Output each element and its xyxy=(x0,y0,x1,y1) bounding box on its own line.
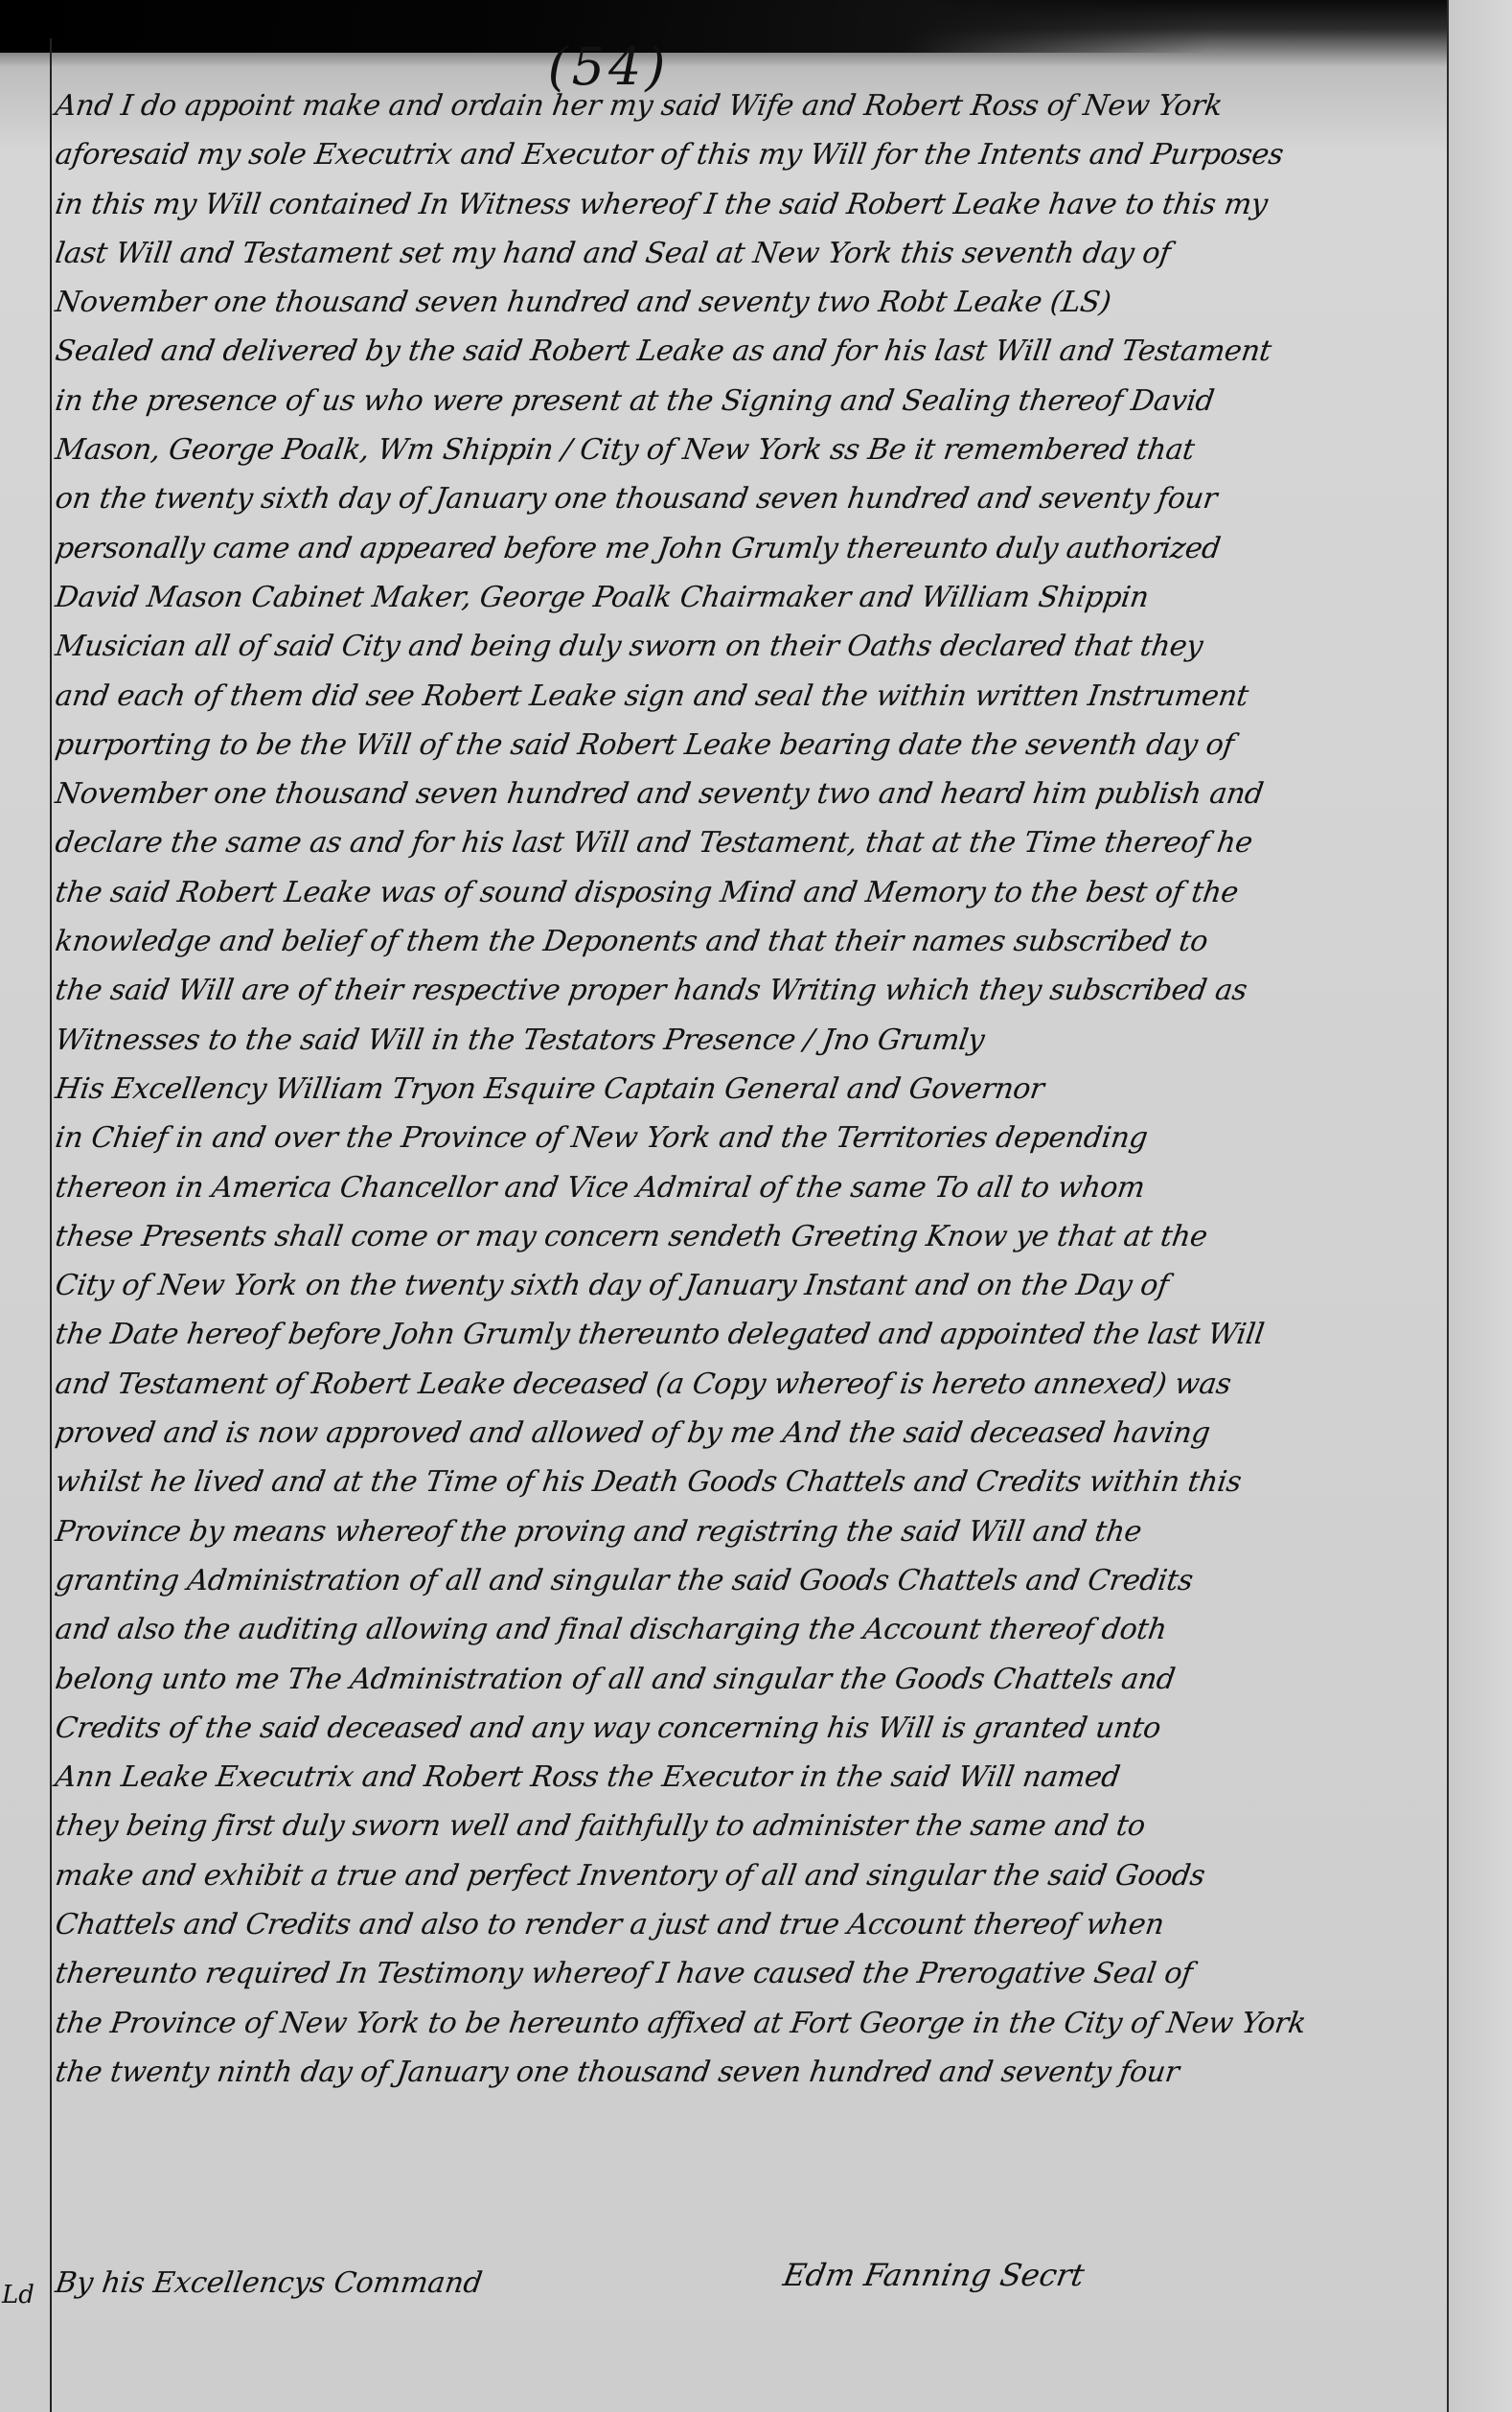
text-line: aforesaid my sole Executrix and Executor… xyxy=(52,130,1448,179)
handwritten-body: And I do appoint make and ordain her my … xyxy=(56,81,1445,2097)
text-line: purporting to be the Will of the said Ro… xyxy=(52,721,1448,770)
command-line: By his Excellencys Command xyxy=(54,2266,485,2300)
text-line: And I do appoint make and ordain her my … xyxy=(52,81,1448,130)
text-line: proved and is now approved and allowed o… xyxy=(52,1409,1448,1458)
secretary-signature: Edm Fanning Secrt xyxy=(781,2257,1088,2293)
text-line: thereunto required In Testimony whereof … xyxy=(52,1949,1448,1998)
text-line: Mason, George Poalk, Wm Shippin / City o… xyxy=(52,425,1448,474)
text-line: Sealed and delivered by the said Robert … xyxy=(52,327,1448,376)
text-line: David Mason Cabinet Maker, George Poalk … xyxy=(52,573,1448,622)
text-line: Witnesses to the said Will in the Testat… xyxy=(52,1016,1448,1065)
text-line: the said Will are of their respective pr… xyxy=(52,966,1448,1015)
text-line: in the presence of us who were present a… xyxy=(52,377,1448,425)
text-line: Credits of the said deceased and any way… xyxy=(52,1704,1448,1753)
text-line: in this my Will contained In Witness whe… xyxy=(52,180,1448,229)
text-line: and also the auditing allowing and final… xyxy=(52,1605,1448,1654)
document-page: (54) And I do appoint make and ordain he… xyxy=(0,0,1512,2412)
text-line: the Date hereof before John Grumly there… xyxy=(52,1310,1448,1359)
text-line: declare the same as and for his last Wil… xyxy=(52,818,1448,867)
scan-shadow xyxy=(0,0,1512,53)
text-line: and Testament of Robert Leake deceased (… xyxy=(52,1360,1448,1409)
text-line: make and exhibit a true and perfect Inve… xyxy=(52,1851,1448,1900)
text-line: on the twenty sixth day of January one t… xyxy=(52,474,1448,523)
text-line: the twenty ninth day of January one thou… xyxy=(52,2048,1448,2097)
text-line: the Province of New York to be hereunto … xyxy=(52,1999,1448,2048)
text-line: Province by means whereof the proving an… xyxy=(52,1507,1448,1556)
text-line: in Chief in and over the Province of New… xyxy=(52,1114,1448,1162)
text-line: whilst he lived and at the Time of his D… xyxy=(52,1458,1448,1506)
text-line: His Excellency William Tryon Esquire Cap… xyxy=(52,1065,1448,1114)
text-line: knowledge and belief of them the Deponen… xyxy=(52,917,1448,966)
text-line: and each of them did see Robert Leake si… xyxy=(52,672,1448,721)
text-line: belong unto me The Administration of all… xyxy=(52,1655,1448,1704)
text-line: November one thousand seven hundred and … xyxy=(52,770,1448,818)
margin-note: Ld xyxy=(2,2281,31,2309)
text-line: Chattels and Credits and also to render … xyxy=(52,1900,1448,1949)
text-line: personally came and appeared before me J… xyxy=(52,524,1448,573)
left-margin-rule xyxy=(50,38,52,2412)
page-right-edge xyxy=(1449,0,1512,2412)
text-line: thereon in America Chancellor and Vice A… xyxy=(52,1163,1448,1212)
text-line: City of New York on the twenty sixth day… xyxy=(52,1261,1448,1310)
text-line: Ann Leake Executrix and Robert Ross the … xyxy=(52,1753,1448,1802)
text-line: November one thousand seven hundred and … xyxy=(52,278,1448,327)
text-line: Musician all of said City and being duly… xyxy=(52,622,1448,671)
text-line: the said Robert Leake was of sound dispo… xyxy=(52,868,1448,917)
text-line: last Will and Testament set my hand and … xyxy=(52,229,1448,278)
closing-block: By his Excellencys Command Edm Fanning S… xyxy=(56,2266,1445,2324)
text-line: these Presents shall come or may concern… xyxy=(52,1212,1448,1261)
text-line: granting Administration of all and singu… xyxy=(52,1556,1448,1605)
text-line: they being first duly sworn well and fai… xyxy=(52,1802,1448,1850)
